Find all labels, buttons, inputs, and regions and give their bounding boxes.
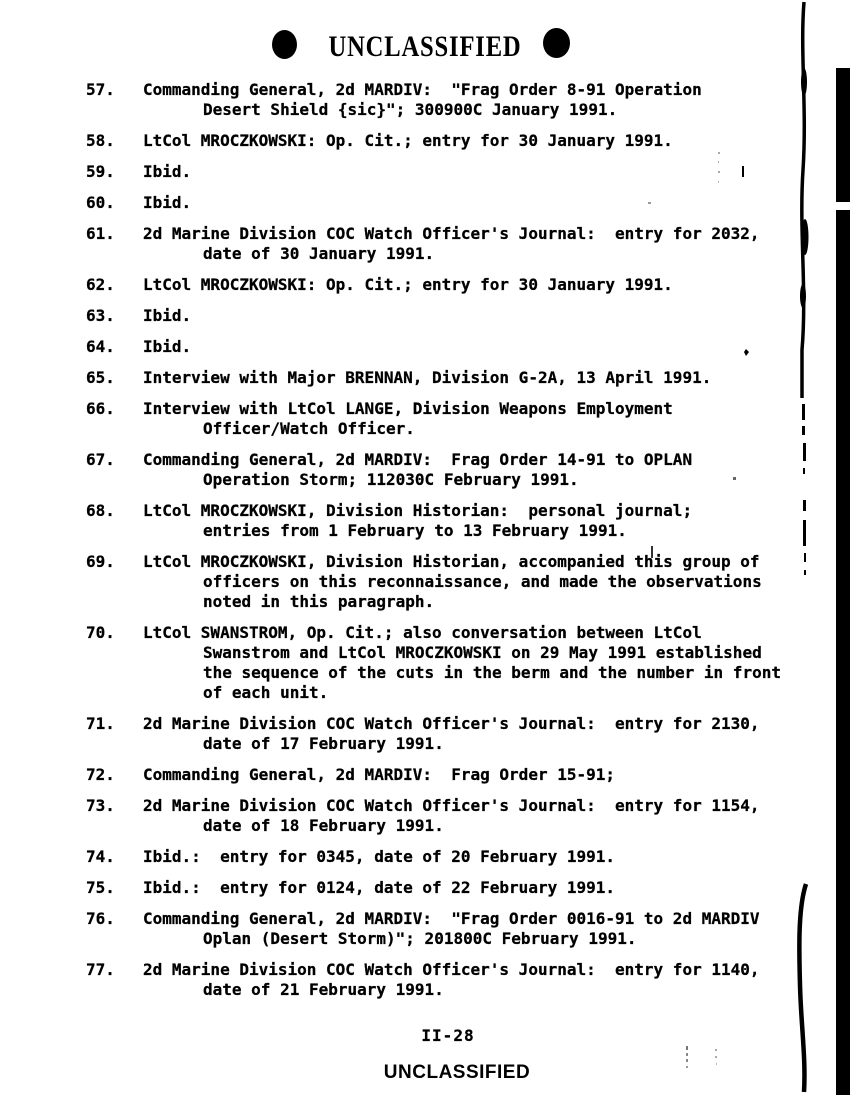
footnote-text: Commanding General, 2d MARDIV: Frag Orde… xyxy=(143,450,692,490)
footnote-number: 74. xyxy=(86,847,143,867)
footnote-item: 59.Ibid. xyxy=(86,162,805,182)
footnote-line: Desert Shield {sic}"; 300900C January 19… xyxy=(143,100,702,120)
footnote-line: Ibid. xyxy=(143,306,191,326)
footnote-line: 2d Marine Division COC Watch Officer's J… xyxy=(143,714,760,734)
footnote-line: date of 21 February 1991. xyxy=(143,980,760,1000)
footnote-number: 70. xyxy=(86,623,143,703)
footnote-line: Ibid. xyxy=(143,337,191,357)
footnote-item: 77.2d Marine Division COC Watch Officer'… xyxy=(86,960,805,1000)
footnote-item: 67.Commanding General, 2d MARDIV: Frag O… xyxy=(86,450,805,490)
footnote-number: 58. xyxy=(86,131,143,151)
footnote-text: Ibid. xyxy=(143,193,191,213)
footnote-line: 2d Marine Division COC Watch Officer's J… xyxy=(143,960,760,980)
footnote-text: Interview with Major BRENNAN, Division G… xyxy=(143,368,711,388)
footnote-item: 63.Ibid. xyxy=(86,306,805,326)
footnote-text: Ibid. xyxy=(143,306,191,326)
footnote-item: 58.LtCol MROCZKOWSKI: Op. Cit.; entry fo… xyxy=(86,131,805,151)
footnote-item: 69.LtCol MROCZKOWSKI, Division Historian… xyxy=(86,552,805,612)
footnote-line: Ibid.: entry for 0124, date of 22 Februa… xyxy=(143,878,615,898)
footnote-line: the sequence of the cuts in the berm and… xyxy=(143,663,781,683)
footnote-number: 63. xyxy=(86,306,143,326)
footnote-item: 72.Commanding General, 2d MARDIV: Frag O… xyxy=(86,765,805,785)
header-classification-banner: UNCLASSIFIED xyxy=(328,30,521,64)
footnote-line: Officer/Watch Officer. xyxy=(143,419,673,439)
document-page: UNCLASSIFIED 57.Commanding General, 2d M… xyxy=(0,0,850,1105)
footnote-text: 2d Marine Division COC Watch Officer's J… xyxy=(143,224,760,264)
footnote-line: Ibid. xyxy=(143,162,191,182)
footnote-line: Commanding General, 2d MARDIV: Frag Orde… xyxy=(143,450,692,470)
footnote-number: 77. xyxy=(86,960,143,1000)
endnotes-list: 57.Commanding General, 2d MARDIV: "Frag … xyxy=(86,80,805,1011)
binding-bar-artifact xyxy=(836,210,850,1095)
footnote-item: 68.LtCol MROCZKOWSKI, Division Historian… xyxy=(86,501,805,541)
footnote-line: 2d Marine Division COC Watch Officer's J… xyxy=(143,796,760,816)
footnote-number: 62. xyxy=(86,275,143,295)
footnote-text: Ibid. xyxy=(143,162,191,182)
footnote-line: Commanding General, 2d MARDIV: Frag Orde… xyxy=(143,765,615,785)
footnote-line: date of 30 January 1991. xyxy=(143,244,760,264)
footnote-line: Ibid.: entry for 0345, date of 20 Februa… xyxy=(143,847,615,867)
footnote-line: date of 18 February 1991. xyxy=(143,816,760,836)
footnote-item: 73.2d Marine Division COC Watch Officer'… xyxy=(86,796,805,836)
footer-classification-banner: UNCLASSIFIED xyxy=(384,1062,530,1084)
footnote-text: LtCol MROCZKOWSKI: Op. Cit.; entry for 3… xyxy=(143,131,673,151)
footnote-item: 71.2d Marine Division COC Watch Officer'… xyxy=(86,714,805,754)
footnote-number: 72. xyxy=(86,765,143,785)
footnote-text: Commanding General, 2d MARDIV: "Frag Ord… xyxy=(143,909,760,949)
footnote-item: 60.Ibid. xyxy=(86,193,805,213)
footnote-line: noted in this paragraph. xyxy=(143,592,762,612)
footnote-line: LtCol SWANSTROM, Op. Cit.; also conversa… xyxy=(143,623,781,643)
footnote-text: Ibid.: entry for 0345, date of 20 Februa… xyxy=(143,847,615,867)
footnote-number: 60. xyxy=(86,193,143,213)
footnote-item: 74.Ibid.: entry for 0345, date of 20 Feb… xyxy=(86,847,805,867)
footnote-text: LtCol MROCZKOWSKI, Division Historian, a… xyxy=(143,552,762,612)
footnote-item: 62.LtCol MROCZKOWSKI: Op. Cit.; entry fo… xyxy=(86,275,805,295)
footnote-item: 70.LtCol SWANSTROM, Op. Cit.; also conve… xyxy=(86,623,805,703)
footnote-text: Ibid.: entry for 0124, date of 22 Februa… xyxy=(143,878,615,898)
footnote-line: Oplan (Desert Storm)"; 201800C February … xyxy=(143,929,760,949)
footnote-number: 69. xyxy=(86,552,143,612)
binding-bar-artifact xyxy=(836,68,850,202)
footnote-line: 2d Marine Division COC Watch Officer's J… xyxy=(143,224,760,244)
footnote-number: 73. xyxy=(86,796,143,836)
footnote-number: 71. xyxy=(86,714,143,754)
footnote-line: LtCol MROCZKOWSKI, Division Historian: p… xyxy=(143,501,692,521)
footnote-line: LtCol MROCZKOWSKI, Division Historian, a… xyxy=(143,552,762,572)
footnote-item: 75.Ibid.: entry for 0124, date of 22 Feb… xyxy=(86,878,805,898)
footnote-number: 75. xyxy=(86,878,143,898)
footnote-text: Commanding General, 2d MARDIV: Frag Orde… xyxy=(143,765,615,785)
footnote-item: 64.Ibid. xyxy=(86,337,805,357)
footnote-number: 68. xyxy=(86,501,143,541)
footnote-number: 76. xyxy=(86,909,143,949)
footnote-text: Ibid. xyxy=(143,337,191,357)
footnote-item: 61.2d Marine Division COC Watch Officer'… xyxy=(86,224,805,264)
footnote-line: Interview with LtCol LANGE, Division Wea… xyxy=(143,399,673,419)
footnote-line: entries from 1 February to 13 February 1… xyxy=(143,521,692,541)
footnote-text: LtCol MROCZKOWSKI: Op. Cit.; entry for 3… xyxy=(143,275,673,295)
footnote-line: date of 17 February 1991. xyxy=(143,734,760,754)
footnote-text: 2d Marine Division COC Watch Officer's J… xyxy=(143,796,760,836)
footnote-line: Commanding General, 2d MARDIV: "Frag Ord… xyxy=(143,909,760,929)
footnote-line: Swanstrom and LtCol MROCZKOWSKI on 29 Ma… xyxy=(143,643,781,663)
footnote-item: 76.Commanding General, 2d MARDIV: "Frag … xyxy=(86,909,805,949)
footnote-text: 2d Marine Division COC Watch Officer's J… xyxy=(143,960,760,1000)
footnote-line: Ibid. xyxy=(143,193,191,213)
footnote-number: 57. xyxy=(86,80,143,120)
footnote-text: Commanding General, 2d MARDIV: "Frag Ord… xyxy=(143,80,702,120)
footnote-line: LtCol MROCZKOWSKI: Op. Cit.; entry for 3… xyxy=(143,131,673,151)
footnote-number: 67. xyxy=(86,450,143,490)
page-number: II-28 xyxy=(421,1026,474,1045)
footnote-text: Interview with LtCol LANGE, Division Wea… xyxy=(143,399,673,439)
footnote-line: of each unit. xyxy=(143,683,781,703)
classification-dot-icon xyxy=(543,28,570,58)
footnote-number: 66. xyxy=(86,399,143,439)
footnote-text: LtCol MROCZKOWSKI, Division Historian: p… xyxy=(143,501,692,541)
footnote-line: LtCol MROCZKOWSKI: Op. Cit.; entry for 3… xyxy=(143,275,673,295)
classification-dot-icon xyxy=(272,30,297,59)
footnote-item: 66.Interview with LtCol LANGE, Division … xyxy=(86,399,805,439)
footnote-line: officers on this reconnaissance, and mad… xyxy=(143,572,762,592)
footnote-line: Interview with Major BRENNAN, Division G… xyxy=(143,368,711,388)
footnote-text: 2d Marine Division COC Watch Officer's J… xyxy=(143,714,760,754)
footnote-line: Commanding General, 2d MARDIV: "Frag Ord… xyxy=(143,80,702,100)
footnote-number: 59. xyxy=(86,162,143,182)
footnote-item: 57.Commanding General, 2d MARDIV: "Frag … xyxy=(86,80,805,120)
footnote-item: 65.Interview with Major BRENNAN, Divisio… xyxy=(86,368,805,388)
footnote-number: 64. xyxy=(86,337,143,357)
footnote-line: Operation Storm; 112030C February 1991. xyxy=(143,470,692,490)
footnote-text: LtCol SWANSTROM, Op. Cit.; also conversa… xyxy=(143,623,781,703)
footnote-number: 61. xyxy=(86,224,143,264)
footnote-number: 65. xyxy=(86,368,143,388)
